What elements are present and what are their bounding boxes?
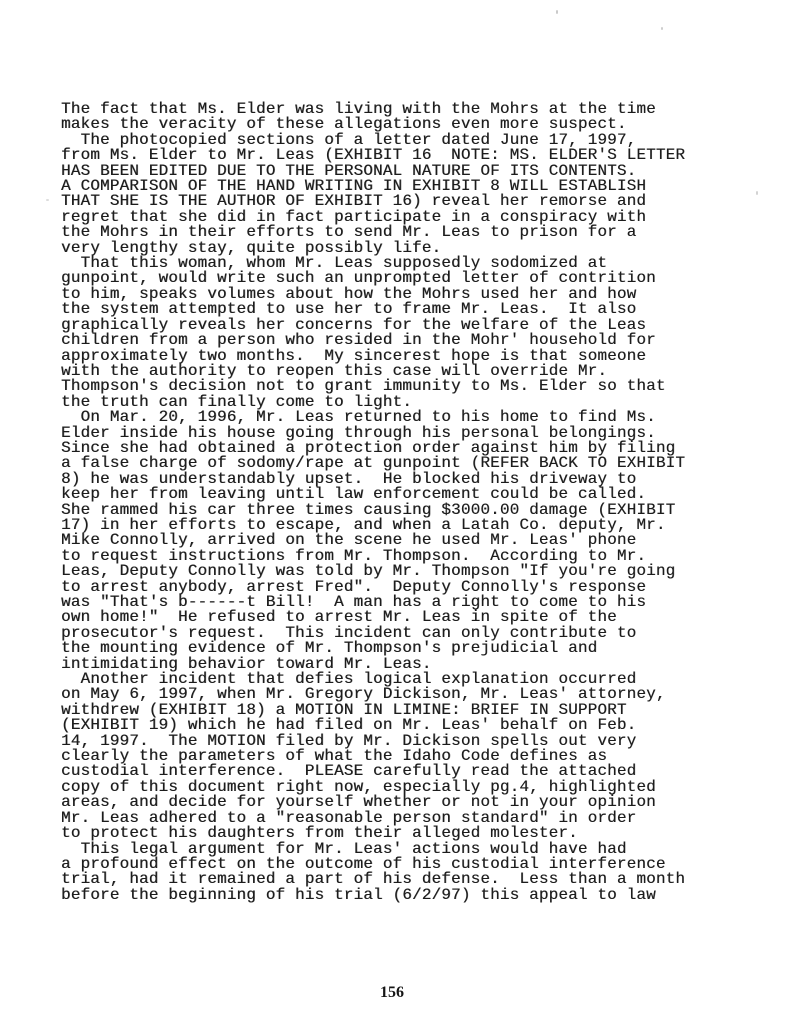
scan-speck (661, 27, 663, 30)
page-number: 156 (375, 984, 409, 1002)
document-page: The fact that Ms. Elder was living with … (0, 0, 791, 1023)
scan-speck (46, 199, 49, 201)
scan-speck (556, 10, 558, 14)
typewritten-body-text: The fact that Ms. Elder was living with … (61, 102, 685, 903)
scan-speck (100, 862, 103, 864)
scan-speck (756, 191, 758, 195)
